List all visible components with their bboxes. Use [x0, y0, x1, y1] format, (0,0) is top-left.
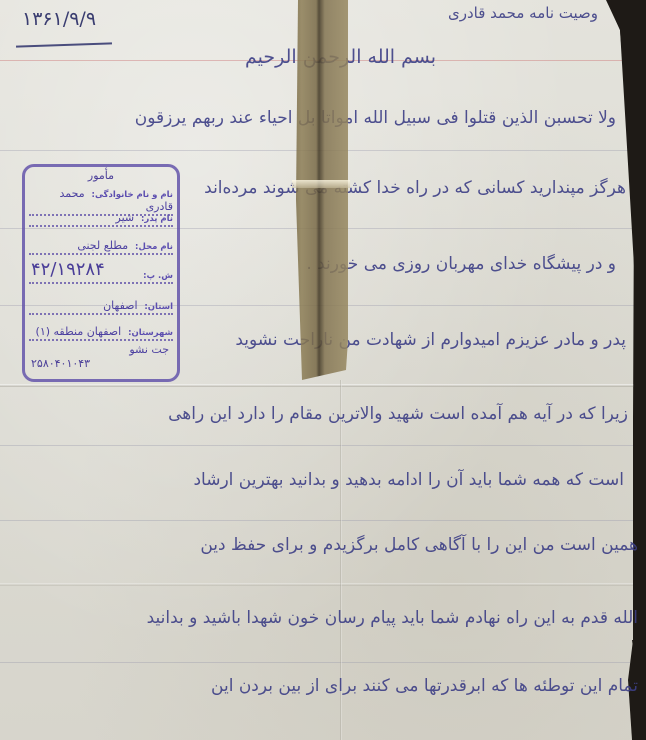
- document-heading: وصیت نامه محمد قادری: [448, 4, 598, 22]
- text-line-7: همین است من این را با آگاهی کامل برگزیدم…: [200, 535, 638, 555]
- text-line-5: زیرا که در آیه هم آمده است شهید والاترین…: [168, 404, 628, 424]
- stamp-row: نام محل: مطلع لجنی: [29, 239, 173, 255]
- stamp-row: شهرستان: اصفهان منطقه (۱): [29, 325, 173, 341]
- text-line-4: پدر و مادر عزیزم امیدوارم از شهادت من نا…: [235, 330, 626, 350]
- ruled-line: [0, 662, 640, 663]
- text-line-3: و در پیشگاه خدای مهربان روزی می خورند .: [306, 254, 616, 274]
- text-line-9: تمام این توطئه ها که ابرقدرتها می کنند ب…: [211, 676, 638, 696]
- stamp-row: نام پدر: شیر: [29, 211, 173, 227]
- fold-line: [0, 583, 646, 586]
- document-date: ۱۳۶۱/۹/۹: [22, 8, 96, 30]
- official-stamp: مأمور نام و نام خانوادگی: محمد قادری نام…: [22, 164, 180, 382]
- text-line-1: ولا تحسبن الذین قتلوا فی سبیل الله اموات…: [135, 108, 616, 128]
- stamp-id-number: ۴۲/۱۹۲۸۴: [31, 259, 105, 280]
- text-line-8: الله قدم به این راه نهادم شما باید پیام …: [147, 608, 638, 628]
- stamp-row: استان: اصفهان: [29, 299, 173, 315]
- ruled-line: [0, 445, 640, 446]
- stamp-serial: ۲۵۸۰۴۰۱۰۴۳: [31, 357, 90, 370]
- text-line-2: هرگز مپندارید کسانی که در راه خدا کشته م…: [204, 178, 626, 198]
- stamp-row: جت نشو: [29, 343, 173, 357]
- fold-line: [0, 384, 646, 387]
- text-line-6: است که همه شما باید آن را ادامه بدهید و …: [193, 470, 624, 490]
- stamp-header: مأمور: [25, 169, 177, 182]
- ruled-line: [0, 520, 640, 521]
- tape-crease: [292, 180, 350, 188]
